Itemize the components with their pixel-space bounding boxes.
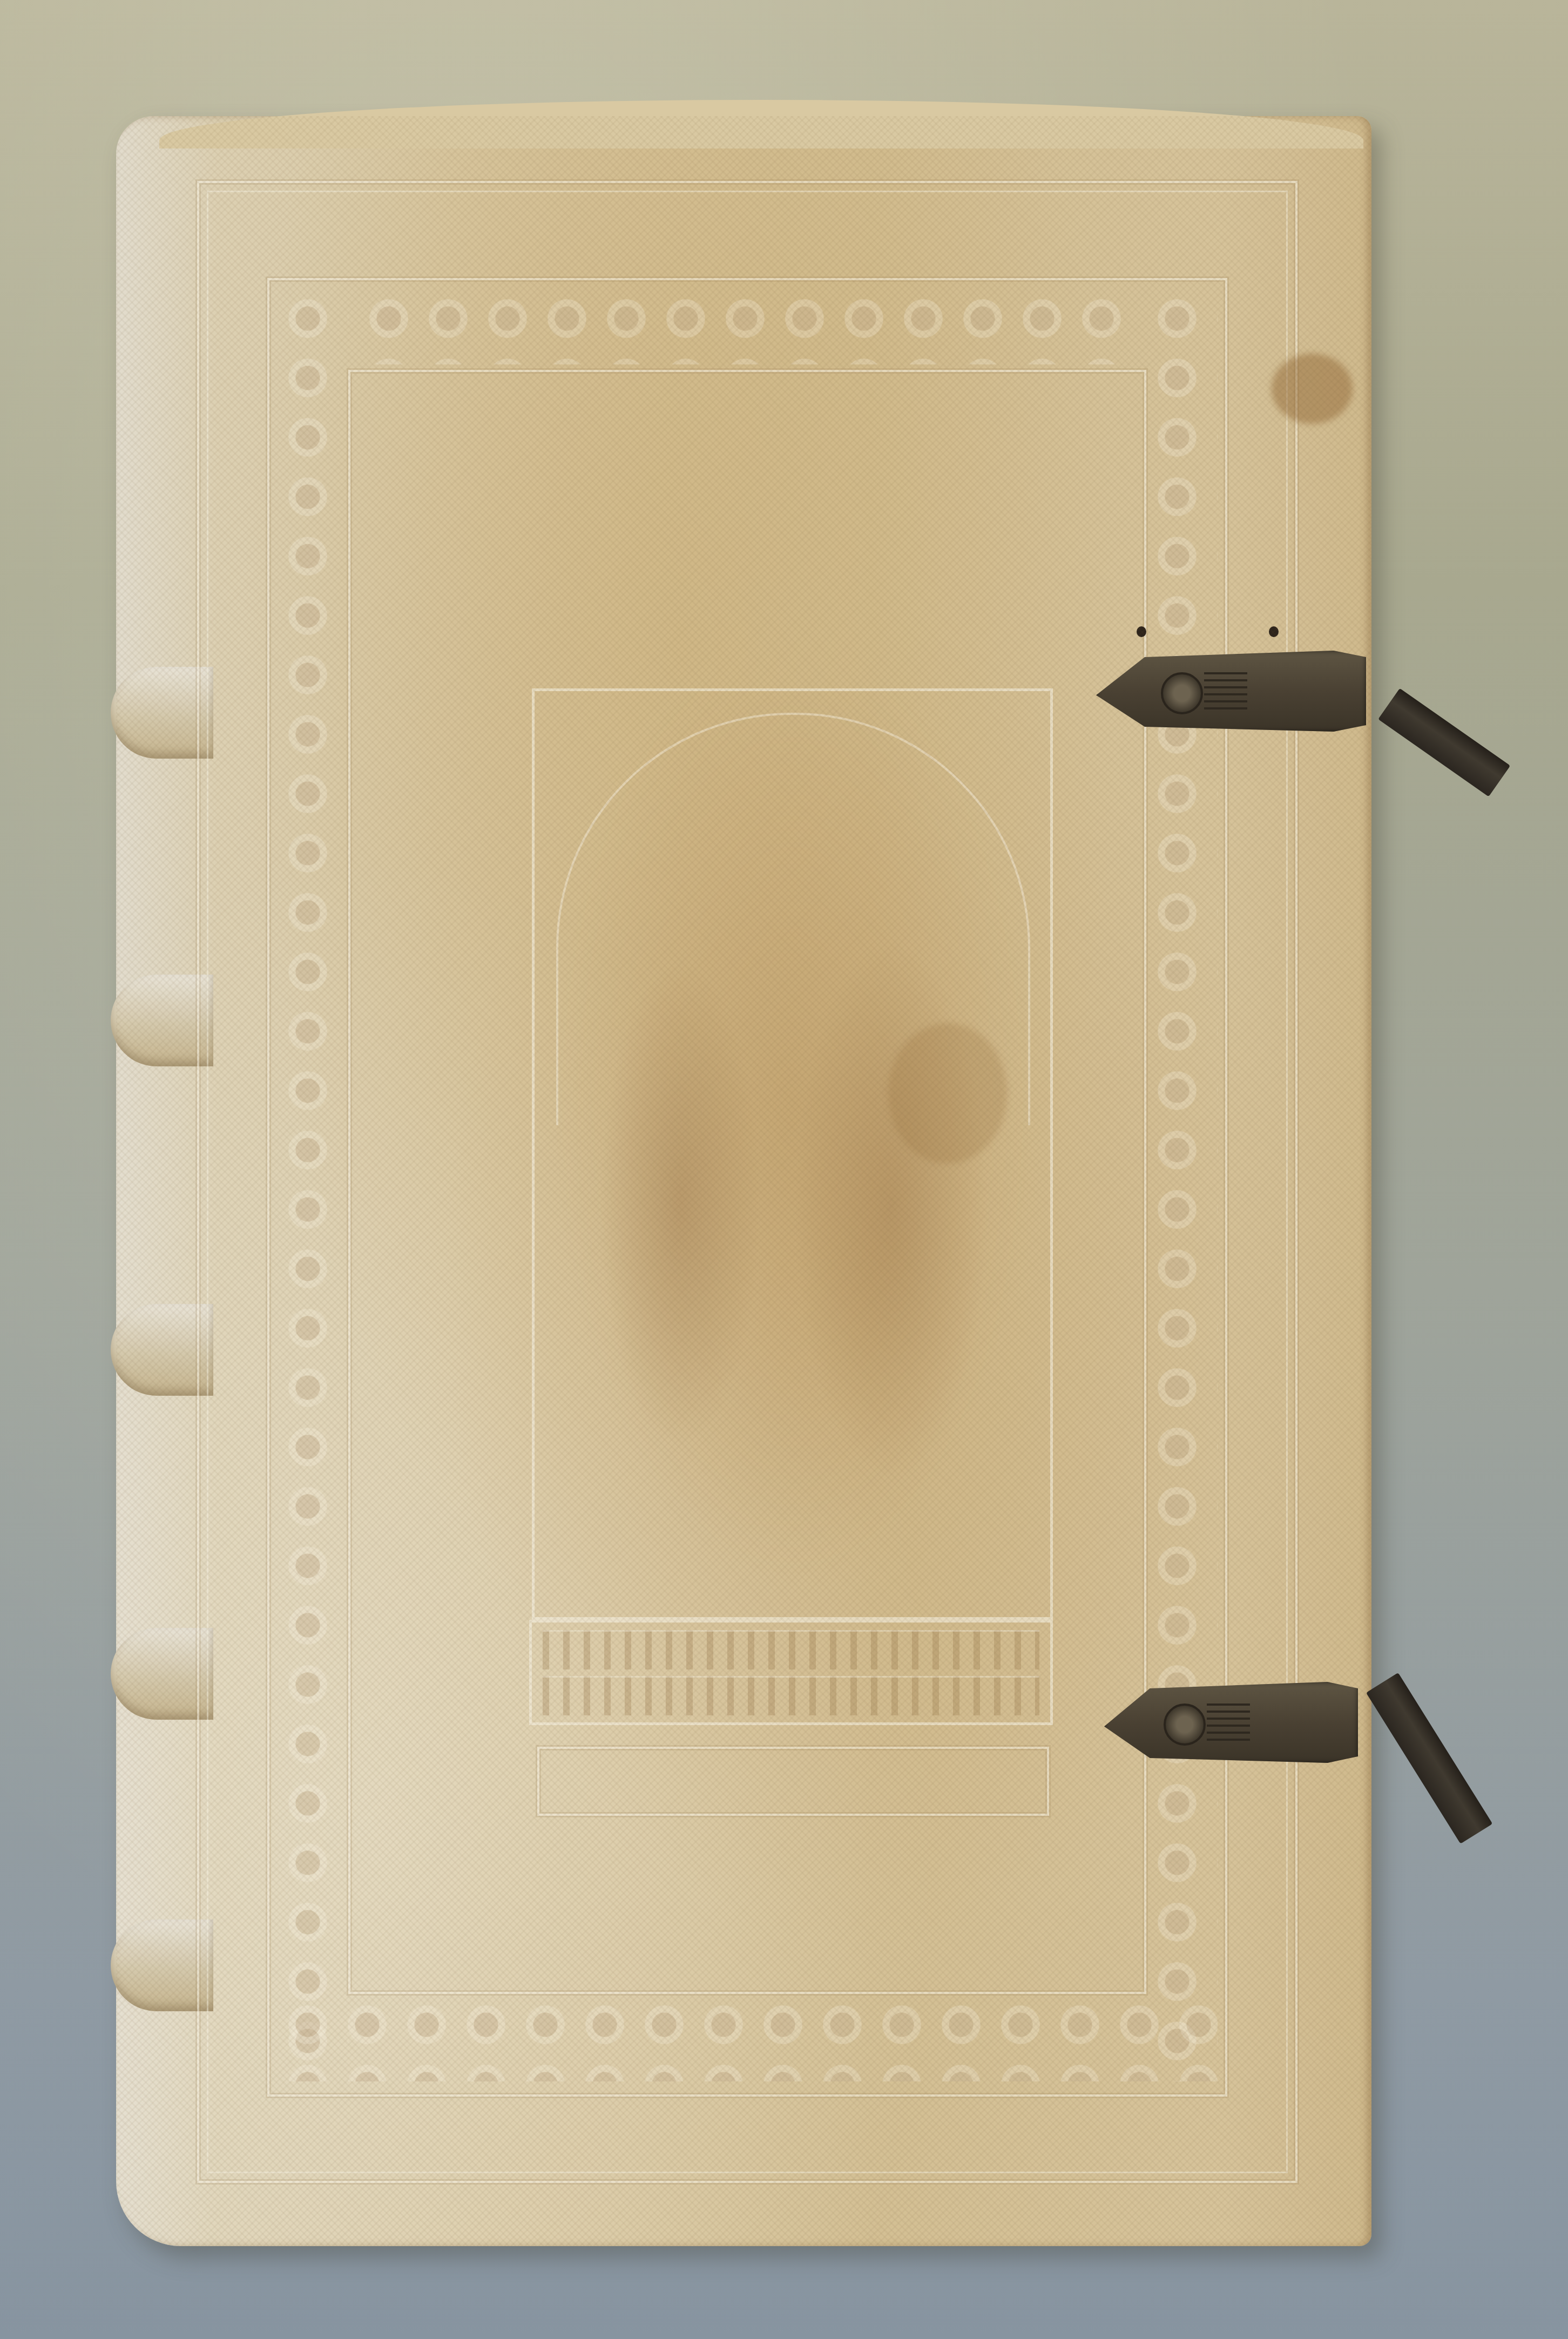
figure-left bbox=[599, 961, 761, 1447]
book-cover bbox=[116, 116, 1371, 2246]
stain-mark bbox=[1272, 354, 1353, 424]
spine-band-5 bbox=[111, 1919, 213, 2011]
spine-band-4 bbox=[111, 1628, 213, 1720]
left-roll-ornament bbox=[278, 289, 348, 2081]
nail-hole bbox=[1137, 626, 1146, 637]
bottom-roll-ornament bbox=[278, 1995, 1218, 2081]
outer-fillet-frame bbox=[197, 181, 1297, 2183]
inscription-panel bbox=[529, 1620, 1053, 1725]
lower-fillet-band bbox=[537, 1747, 1049, 1816]
nail-hole bbox=[1269, 626, 1279, 637]
lower-clasp bbox=[1104, 1682, 1482, 1763]
figure-right bbox=[794, 939, 988, 1479]
upper-clasp bbox=[1096, 651, 1474, 732]
inscription-line-2 bbox=[543, 1676, 1039, 1715]
inner-fillet-frame bbox=[348, 370, 1146, 1994]
inscription-line-1 bbox=[543, 1630, 1039, 1669]
clasp-engraving bbox=[1207, 1703, 1250, 1741]
right-roll-ornament bbox=[1147, 289, 1218, 2081]
spine-band-2 bbox=[111, 975, 213, 1066]
clasp-rivet-icon bbox=[1161, 672, 1203, 714]
stain-mark bbox=[888, 1023, 1007, 1164]
central-figural-panel bbox=[532, 688, 1053, 1620]
spine-band-1 bbox=[111, 667, 213, 759]
clasp-rivet-icon bbox=[1164, 1703, 1206, 1746]
top-roll-ornament bbox=[359, 289, 1137, 364]
arch-ornament bbox=[556, 713, 1030, 1125]
spine-band-3 bbox=[111, 1304, 213, 1396]
clasp-engraving bbox=[1204, 672, 1247, 710]
roll-border-frame bbox=[267, 278, 1227, 2097]
